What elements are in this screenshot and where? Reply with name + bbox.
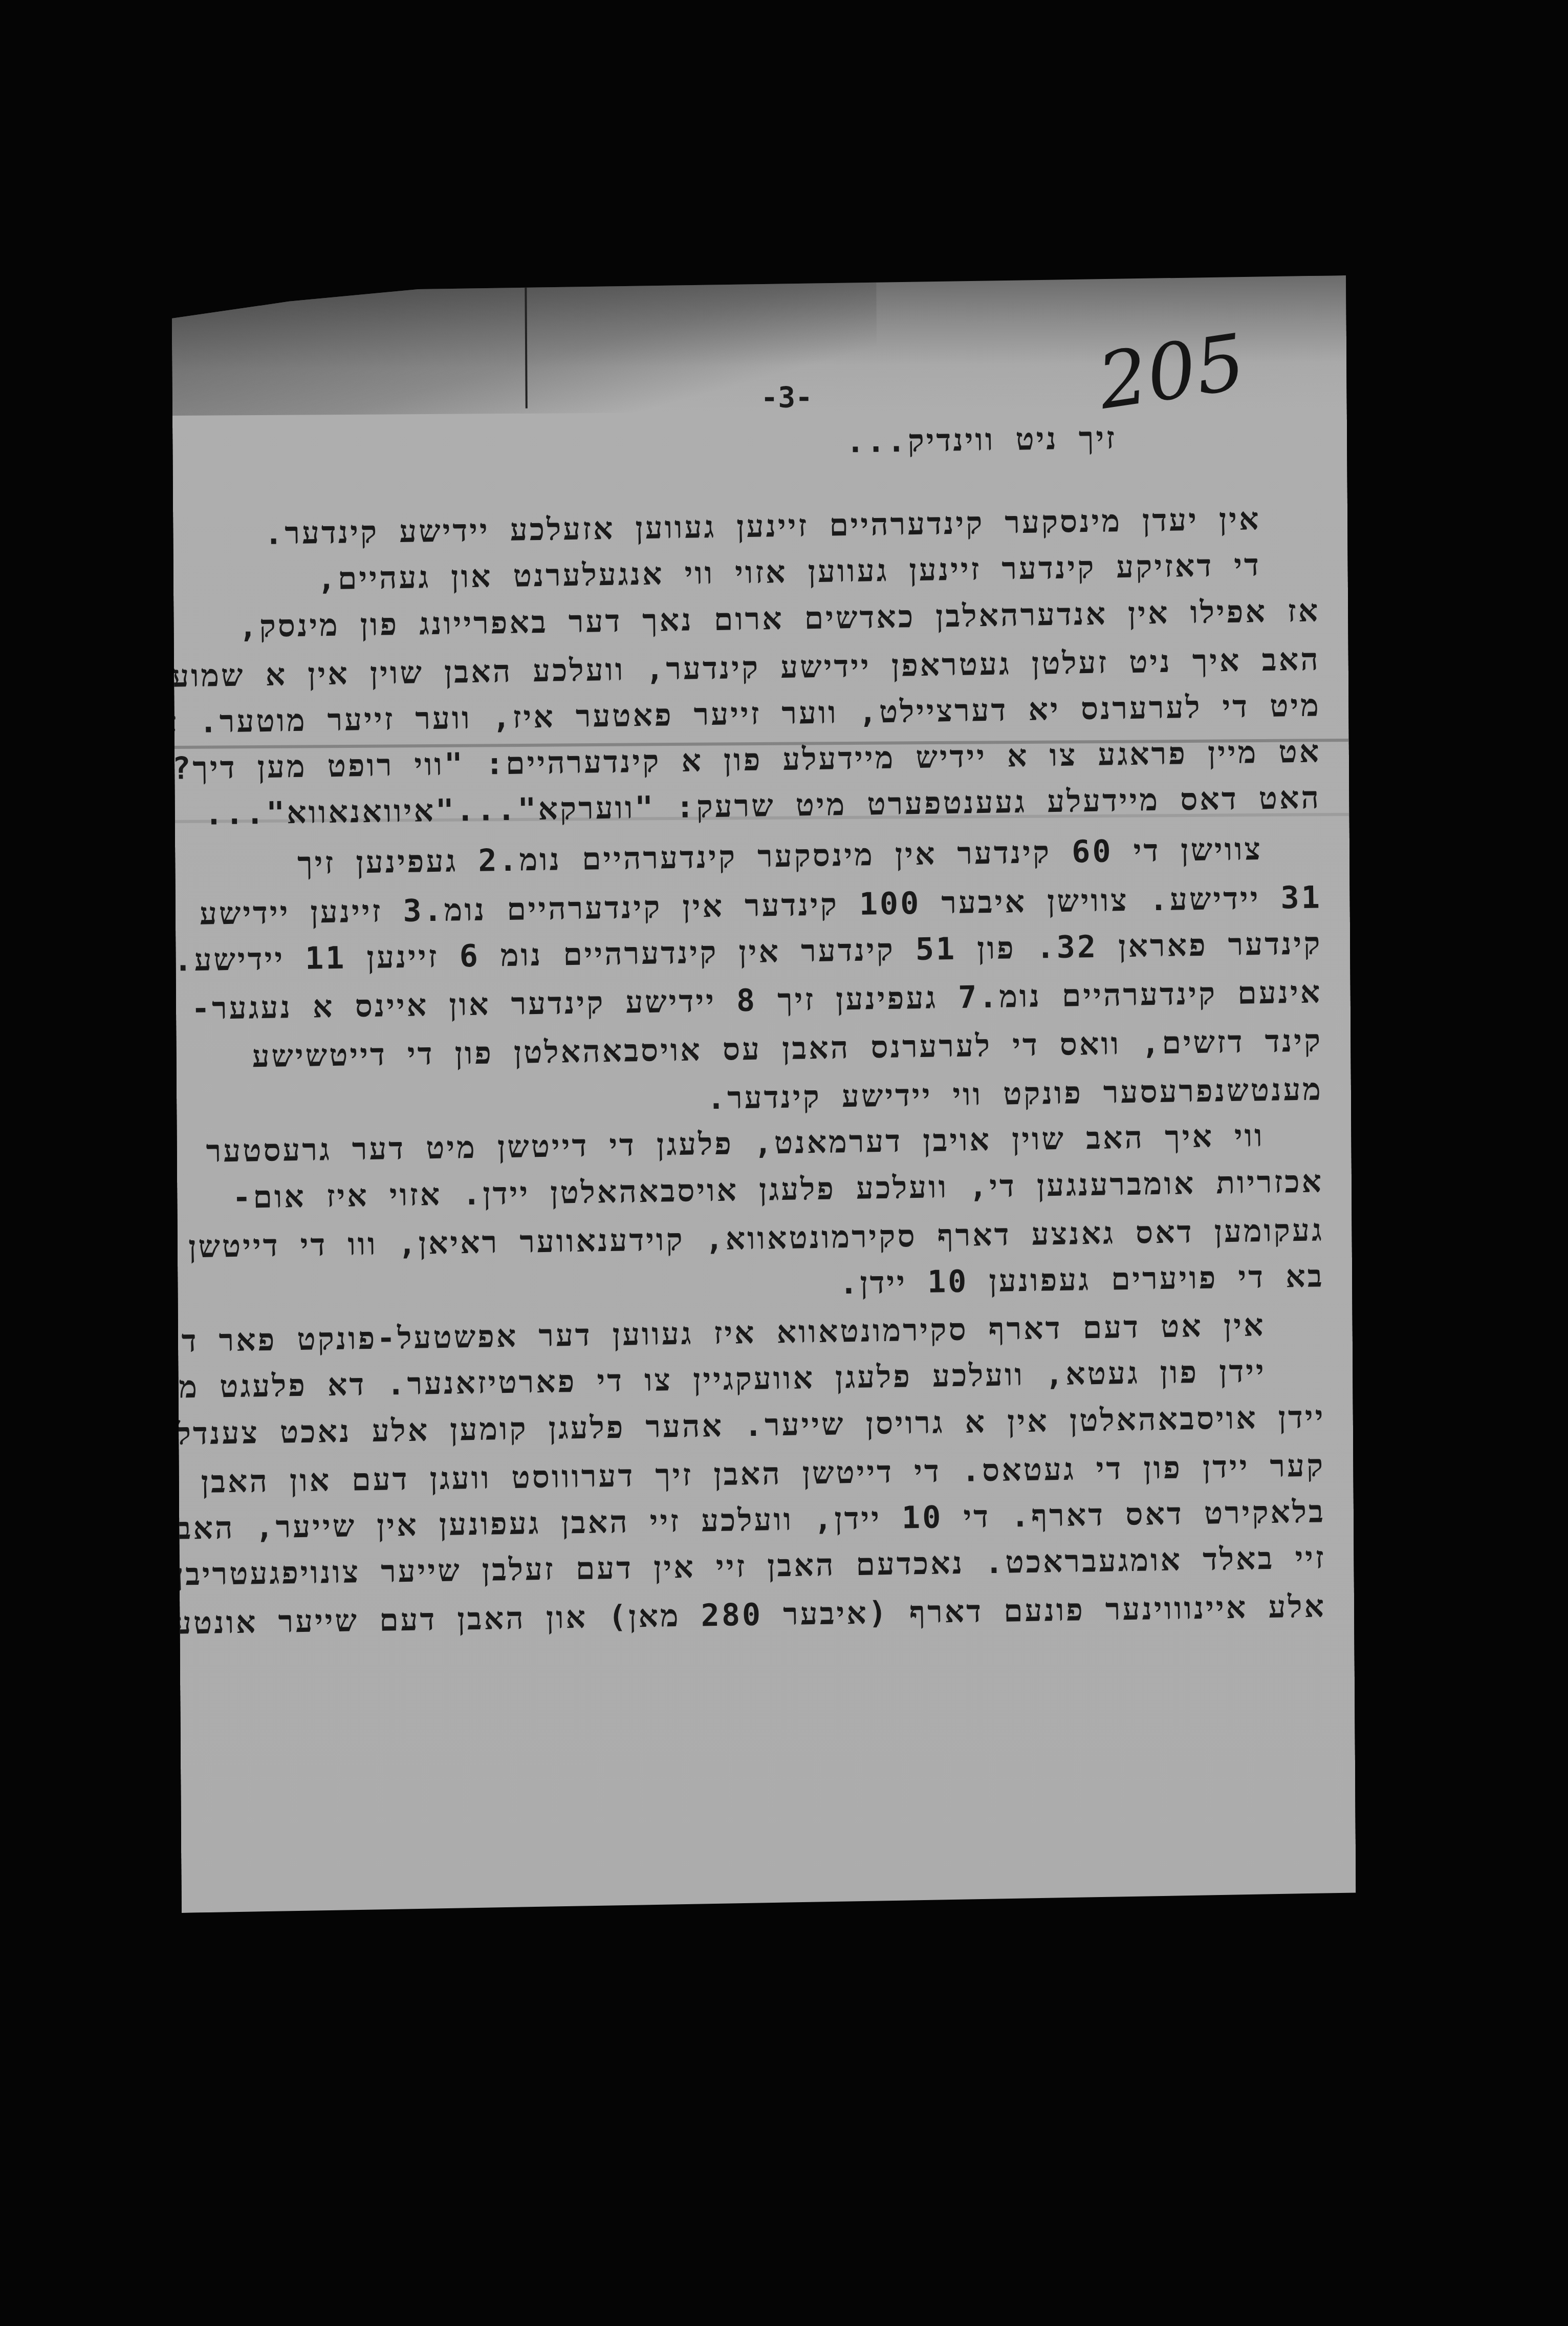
document-page: -3- 205 זיך ניט ווינדיק...אין יעדן מינסק… xyxy=(171,275,1356,1913)
body-text: זיך ניט ווינדיק...אין יעדן מינסקער קינדע… xyxy=(171,275,1346,283)
text-line: מיט די לערערנס יא דערציילט, ווער זייער פ… xyxy=(137,687,1321,741)
text-line: בא די פויערים געפונען 10 יידן. xyxy=(839,1258,1324,1301)
handwritten-folio-number: 205 xyxy=(1093,317,1251,427)
page-number: -3- xyxy=(760,381,813,415)
text-line: מענטשנפרעסער פונקט ווי יידישע קינדער. xyxy=(707,1071,1323,1116)
text-line: אין יעדן מינסקער קינדערהיים זיינען געווע… xyxy=(264,501,1260,552)
text-line: האב איך ניט זעלטן געטראפן יידישע קינדער,… xyxy=(152,641,1321,695)
text-line: ווי איך האב שוין אויבן דערמאנט, פלעגן די… xyxy=(206,1118,1265,1170)
text-line: די דאזיקע קינדער זיינען געווען אזוי ווי … xyxy=(317,547,1261,597)
text-line: 31 יידישע. צווישן איבער 100 קינדער אין ק… xyxy=(199,879,1322,932)
text-line: זיי באלד אומגעבראכט. נאכדעם האבן זיי אין… xyxy=(175,1540,1326,1592)
text-line: אלע איינוווינער פונעם דארף (איבער 280 מא… xyxy=(136,1588,1326,1642)
text-line: געקומען דאס גאנצע דארף סקירמונטאווא, קוי… xyxy=(99,1212,1324,1266)
text-line: צווישן די 60 קינדער אין מינסקער קינדערהי… xyxy=(297,831,1263,881)
text-line: קינדער פאראן 32. פון 51 קינדער אין קינדע… xyxy=(173,925,1322,978)
text-line: קינד דזשים, וואס די לערערנס האבן עס אויס… xyxy=(252,1023,1323,1074)
text-line: אכזריות אומברענגען די, וועלכע פלעגן אויס… xyxy=(232,1164,1324,1216)
text-line: אין אט דעם דארף סקירמונטאווא איז געווען … xyxy=(171,1307,1266,1360)
text-line: אט מיין פראגע צו א יידיש מיידעלע פון א ק… xyxy=(130,734,1321,787)
text-line: אינעם קינדערהיים נומ.7 געפינען זיך 8 ייד… xyxy=(191,974,1322,1027)
text-line: יידן אויסבאהאלטן אין א גרויסן שייער. אהע… xyxy=(145,1399,1325,1452)
text-line: בלאקירט דאס דארף. די 10 יידן, וועלכע זיי… xyxy=(166,1494,1326,1547)
text-line: האט דאס מיידעלע געענטפערט מיט שרעק: "ווע… xyxy=(205,780,1321,832)
text-line: יידן פון געטא, וועלכע פלעגן אוועקגיין צו… xyxy=(102,1353,1266,1407)
text-line: זיך ניט ווינדיק... xyxy=(846,420,1117,460)
text-line: אז אפילו אין אנדערהאלבן כאדשים ארום נאך … xyxy=(238,593,1320,644)
text-line: קער יידן פון די געטאס. די דייטשן האבן זי… xyxy=(201,1448,1325,1500)
